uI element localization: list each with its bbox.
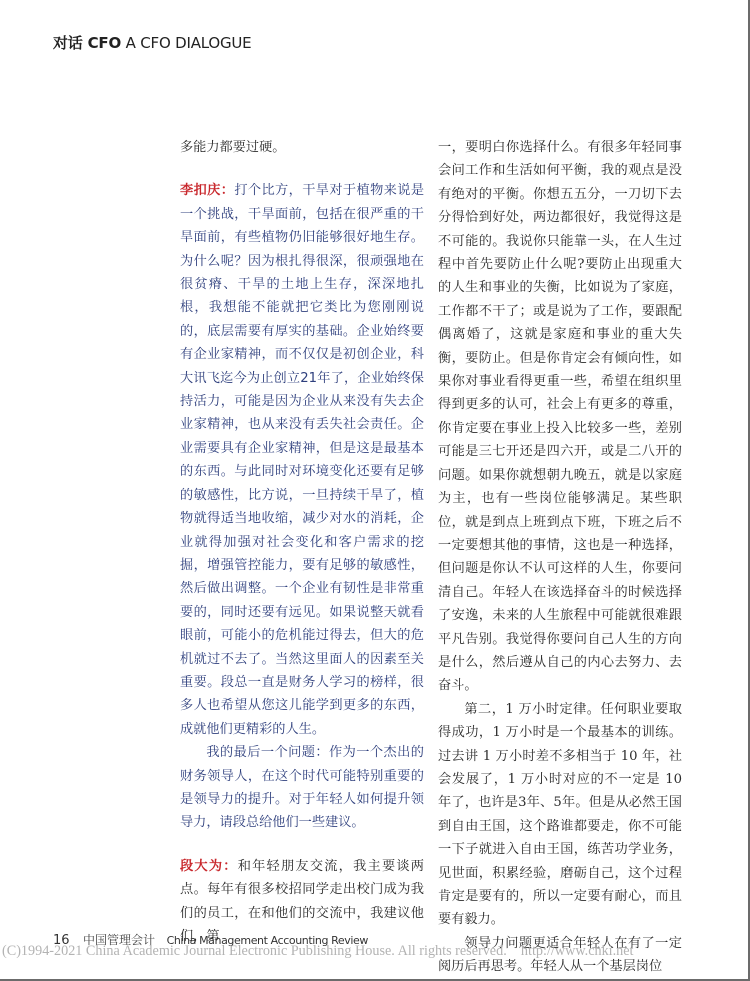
- speaker-name-duan: 段大为：: [180, 859, 238, 874]
- paragraph-question: 我的最后一个问题：作为一个杰出的财务领导人，在这个时代可能特别重要的是领导力的提…: [180, 741, 424, 835]
- paragraph-second-point: 第二，1 万小时定律。任何职业要取得成功，1 万小时是一个最基本的训练。过去讲 …: [438, 698, 682, 932]
- interviewer-text: 打个比方，干旱对于植物来说是一个挑战，干旱面前，包括在很严重的干旱面前，有些植物…: [180, 183, 424, 736]
- section-title-en: A CFO DIALOGUE: [126, 34, 252, 52]
- left-column: 多能力都要过硬。 李扣庆：打个比方，干旱对于植物来说是一个挑战，干旱面前，包括在…: [180, 136, 424, 948]
- section-title-zh: 对话 CFO: [53, 34, 121, 52]
- right-column: 一，要明白你选择什么。有很多年轻同事会问工作和生活如何平衡，我的观点是没有绝对的…: [438, 136, 682, 979]
- speaker-name-li: 李扣庆：: [180, 183, 234, 198]
- paragraph-answer-continued: 一，要明白你选择什么。有很多年轻同事会问工作和生活如何平衡，我的观点是没有绝对的…: [438, 136, 682, 698]
- paragraph-continuation: 多能力都要过硬。: [180, 136, 424, 159]
- copyright-watermark: (C)1994-2021 China Academic Journal Elec…: [2, 943, 634, 960]
- section-header: 对话 CFO A CFO DIALOGUE: [53, 32, 251, 53]
- paragraph-interviewer: 李扣庆：打个比方，干旱对于植物来说是一个挑战，干旱面前，包括在很严重的干旱面前，…: [180, 179, 424, 741]
